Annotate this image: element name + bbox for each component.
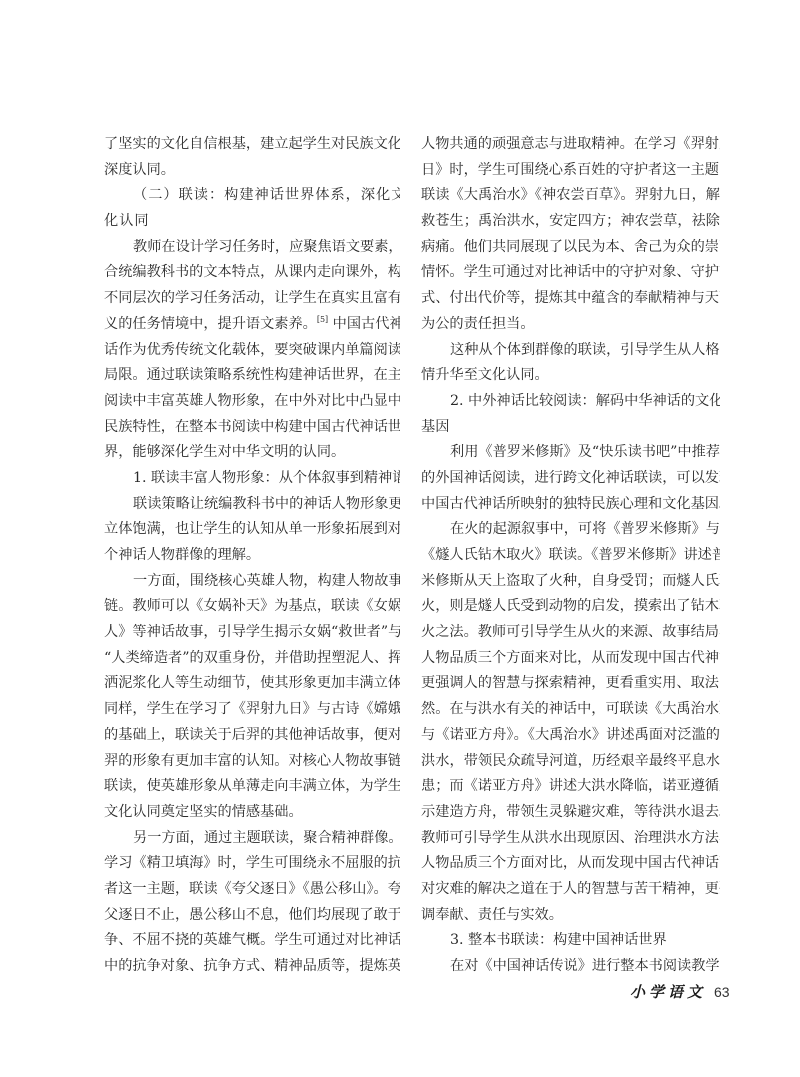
text-line: “人类缔造者”的双重身份，并借助捏塑泥人、挥 <box>104 646 400 672</box>
text-line: 然。在与洪水有关的神话中，可联读《大禹治水》 <box>421 697 720 723</box>
text-line: 日》时，学生可围绕心系百姓的守护者这一主题， <box>421 158 720 184</box>
journal-name: 小学语文 <box>630 981 706 1003</box>
text-line: 教师在设计学习任务时，应聚焦语文要素，结 <box>104 235 400 261</box>
text-line: 对灾难的解决之道在于人的智慧与苦干精神，更强 <box>421 877 720 903</box>
subsection-heading-line: 2. 中外神话比较阅读：解码中华神话的文化 <box>421 389 720 415</box>
text-line: 学习《精卫填海》时，学生可围绕永不屈服的抗争 <box>104 851 400 877</box>
text-line: 病痛。他们共同展现了以民为本、舍己为众的崇高 <box>421 235 720 261</box>
text-line: 人》等神话故事，引导学生揭示女娲“救世者”与 <box>104 620 400 646</box>
text-line: 人物共通的顽强意志与进取精神。在学习《羿射九 <box>421 132 720 158</box>
text-line: 这种从个体到群像的联读，引导学生从人格共 <box>421 338 720 364</box>
subsection-heading-line: 1. 联读丰富人物形象：从个体叙事到精神谱系 <box>104 466 400 492</box>
text-line: 在对《中国神话传说》进行整本书阅读教学的 <box>421 954 720 980</box>
section-heading-line: （二）联读：构建神话世界体系，深化文 <box>104 183 400 209</box>
text-line: 为公的责任担当。 <box>421 312 720 338</box>
text-line: 不同层次的学习任务活动，让学生在真实且富有意 <box>104 286 400 312</box>
text-line: 利用《普罗米修斯》及“快乐读书吧”中推荐 <box>421 440 720 466</box>
left-column: 了坚实的文化自信根基，建立起学生对民族文化的深度认同。（二）联读：构建神话世界体… <box>104 132 400 980</box>
text-line: 火之法。教师可引导学生从火的来源、故事结局、 <box>421 620 720 646</box>
text-line: 米修斯从天上盗取了火种，自身受罚；而燧人氏取 <box>421 569 720 595</box>
text-line: 火，则是燧人氏受到动物的启发，摸索出了钻木取 <box>421 594 720 620</box>
text-line: 立体饱满，也让学生的认知从单一形象拓展到对整 <box>104 517 400 543</box>
text-line: 人物品质三个方面对比，从而发现中国古代神话面 <box>421 851 720 877</box>
text-line: 合统编教科书的文本特点，从课内走向课外，构建 <box>104 260 400 286</box>
text-line: 父逐日不止，愚公移山不息，他们均展现了敢于抗 <box>104 903 400 929</box>
text-line: 文化认同奠定坚实的情感基础。 <box>104 800 400 826</box>
citation-marker: [5] <box>317 315 328 324</box>
text-line: 阅读中丰富英雄人物形象，在中外对比中凸显中华 <box>104 389 400 415</box>
text-line: 《燧人氏钻木取火》联读。《普罗米修斯》讲述普罗 <box>421 543 720 569</box>
text-line: 链。教师可以《女娲补天》为基点，联读《女娲造 <box>104 594 400 620</box>
text-line: 更强调人的智慧与探索精神，更看重实用、取法自 <box>421 671 720 697</box>
subsection-heading-line: 3. 整本书联读：构建中国神话世界 <box>421 928 720 954</box>
text-line: 争、不屈不挠的英雄气概。学生可通过对比神话 <box>104 928 400 954</box>
text-line: 中国古代神话所映射的独特民族心理和文化基因。 <box>421 492 720 518</box>
text-line: 了坚实的文化自信根基，建立起学生对民族文化的 <box>104 132 400 158</box>
page-footer: 小学语文 63 <box>630 981 730 1003</box>
text-line: 民族特性，在整本书阅读中构建中国古代神话世 <box>104 415 400 441</box>
text-line: 调奉献、责任与实效。 <box>421 903 720 929</box>
text-line: 式、付出代价等，提炼其中蕴含的奉献精神与天下 <box>421 286 720 312</box>
text-line: 洒泥浆化人等生动细节，使其形象更加丰满立体。 <box>104 671 400 697</box>
text-line: 洪水，带领民众疏导河道，历经艰辛最终平息水 <box>421 749 720 775</box>
right-column: 人物共通的顽强意志与进取精神。在学习《羿射九日》时，学生可围绕心系百姓的守护者这… <box>421 132 720 980</box>
section-heading-line: 化认同 <box>104 209 400 235</box>
text-line: 一方面，围绕核心英雄人物，构建人物故事 <box>104 569 400 595</box>
text-line: 界，能够深化学生对中华文明的认同。 <box>104 440 400 466</box>
text-line: 在火的起源叙事中，可将《普罗米修斯》与 <box>421 517 720 543</box>
text-line: 个神话人物群像的理解。 <box>104 543 400 569</box>
page-number: 63 <box>714 981 730 1003</box>
text-line: 情升华至文化认同。 <box>421 363 720 389</box>
text-line: 者这一主题，联读《夸父逐日》《愚公移山》。夸 <box>104 877 400 903</box>
text-line: 同样，学生在学习了《羿射九日》与古诗《嫦娥》 <box>104 697 400 723</box>
text-line: 联读《大禹治水》《神农尝百草》。羿射九日，解 <box>421 183 720 209</box>
text-line: 联读，使英雄形象从单薄走向丰满立体，为学生的 <box>104 774 400 800</box>
text-line: 义的任务情境中，提升语文素养。[5] 中国古代神 <box>104 312 400 338</box>
text-line: 局限。通过联读策略系统性构建神话世界，在主题 <box>104 363 400 389</box>
subsection-heading-line: 基因 <box>421 415 720 441</box>
text-line: 话作为优秀传统文化载体，要突破课内单篇阅读的 <box>104 338 400 364</box>
text-line: 中的抗争对象、抗争方式、精神品质等，提炼英雄 <box>104 954 400 980</box>
text-line: 另一方面，通过主题联读，聚合精神群像。在 <box>104 826 400 852</box>
text-line: 示建造方舟，带领生灵躲避灾难，等待洪水退去。 <box>421 800 720 826</box>
text-line: 救苍生；禹治洪水，安定四方；神农尝草，祛除 <box>421 209 720 235</box>
text-line: 教师可引导学生从洪水出现原因、治理洪水方法、 <box>421 826 720 852</box>
text-line: 深度认同。 <box>104 158 400 184</box>
text-line: 联读策略让统编教科书中的神话人物形象更加 <box>104 492 400 518</box>
text-line: 的外国神话阅读，进行跨文化神话联读，可以发现 <box>421 466 720 492</box>
text-line: 的基础上，联读关于后羿的其他神话故事，便对后 <box>104 723 400 749</box>
text-line: 情怀。学生可通过对比神话中的守护对象、守护方 <box>421 260 720 286</box>
text-line: 与《诺亚方舟》。《大禹治水》讲述禹面对泛滥的 <box>421 723 720 749</box>
text-line: 羿的形象有更加丰富的认知。对核心人物故事链的 <box>104 749 400 775</box>
text-line: 患；而《诺亚方舟》讲述大洪水降临，诺亚遵循启 <box>421 774 720 800</box>
text-line: 人物品质三个方面来对比，从而发现中国古代神话 <box>421 646 720 672</box>
